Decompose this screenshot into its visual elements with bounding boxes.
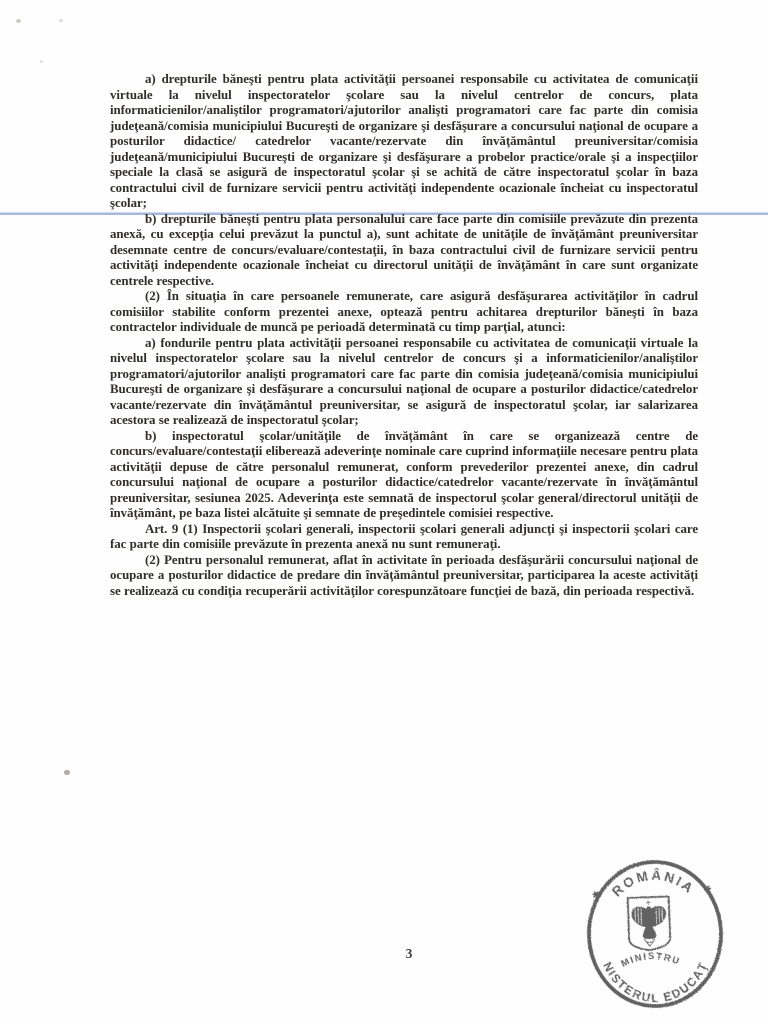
scanned-document-page: a) drepturile băneşti pentru plata activ…: [0, 0, 768, 1024]
paragraph-1b: b) drepturile băneşti pentru plata perso…: [110, 212, 698, 290]
page-number: 3: [385, 946, 433, 962]
svg-text:MINISTRU: MINISTRU: [619, 950, 682, 970]
document-body: a) drepturile băneşti pentru plata activ…: [110, 72, 698, 599]
paragraph-2: (2) În situaţia în care persoanele remun…: [110, 289, 698, 336]
scan-speckle: [59, 19, 63, 22]
paragraph-art9-1: Art. 9 (1) Inspectorii şcolari generali,…: [110, 522, 698, 553]
scan-speckle: [16, 19, 21, 23]
scan-speckle: [40, 60, 43, 63]
paragraph-2b: b) inspectoratul şcolar/unităţile de înv…: [110, 429, 698, 522]
scan-speckle: [64, 770, 70, 775]
paragraph-2a: a) fondurile pentru plata activităţii pe…: [110, 336, 698, 429]
ministry-seal-stamp: ROMÂNIA MINISTERUL EDUCAŢIEI MINISTRU ✱ …: [580, 855, 732, 1015]
eagle-coat-of-arms-icon: [628, 896, 671, 950]
paragraph-1a: a) drepturile băneşti pentru plata activ…: [110, 72, 698, 212]
paragraph-art9-2: (2) Pentru personalul remunerat, aflat î…: [110, 553, 698, 600]
stamp-minister-text: MINISTRU: [619, 950, 682, 970]
